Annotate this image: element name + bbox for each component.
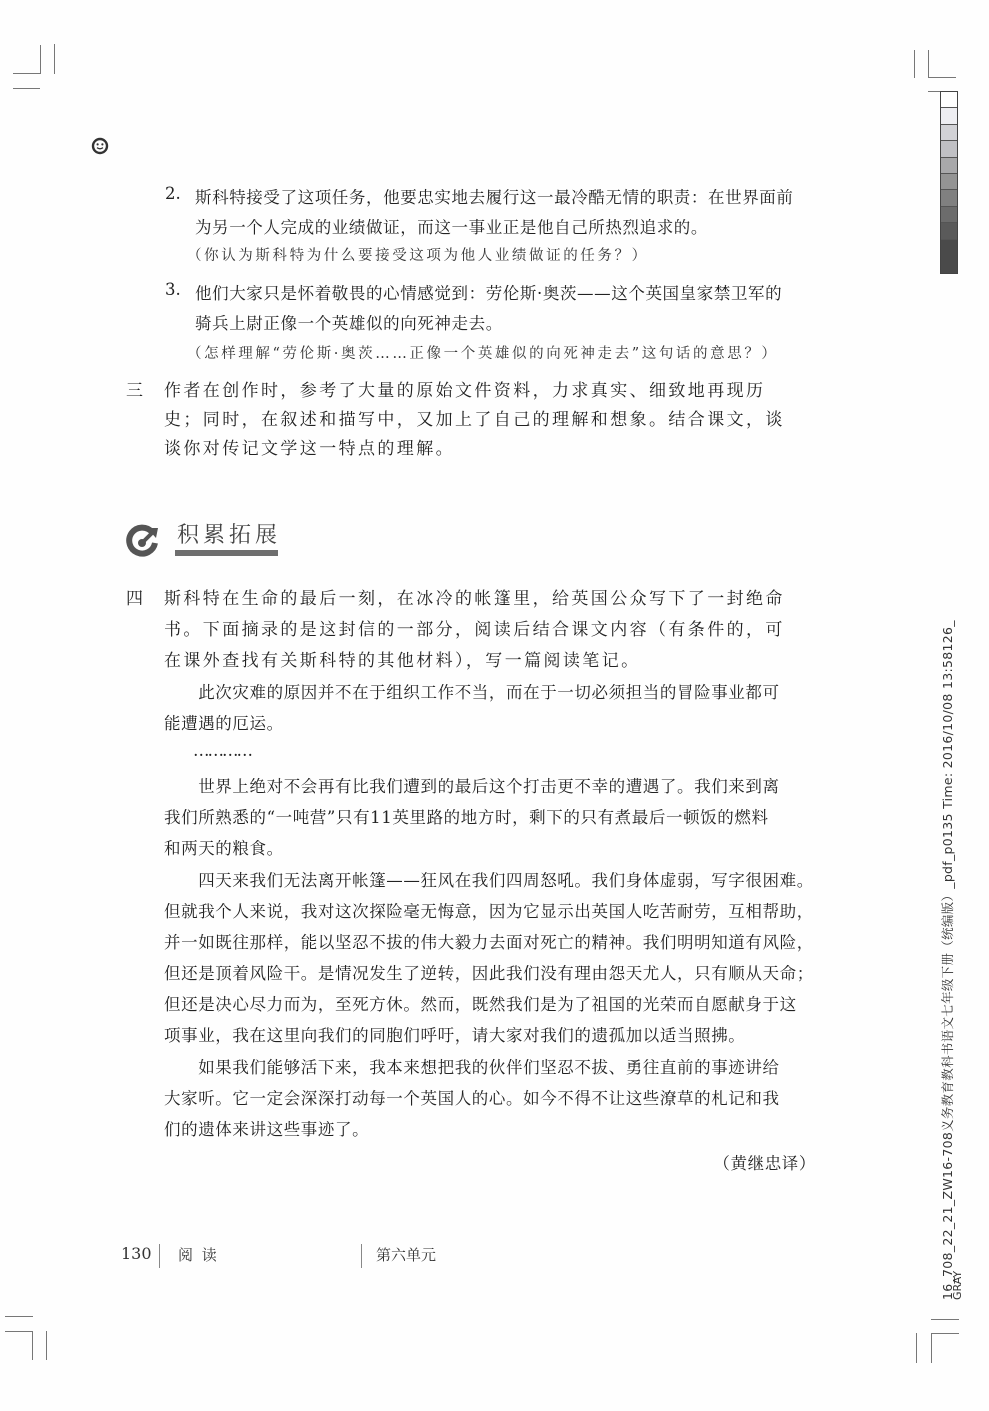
printer-slug: 16_708_22_21_ZW16-708义务教育教科书语文七年级下册（统编版）… (938, 620, 956, 1300)
gray-step (941, 240, 957, 273)
exercise-four: 四 斯科特在生命的最后一刻，在冰冷的帐篷里，给英国公众写下了一封绝命 书。下面摘… (124, 584, 824, 674)
section-header: 积累拓展 (125, 515, 285, 560)
crop-mark (13, 88, 40, 89)
question-number: 3. (165, 280, 181, 299)
gray-step (941, 141, 957, 157)
letter-line: 并一如既往那样，能以坚忍不拔的伟大毅力去面对死亡的精神。我们明明知道有风险， (164, 929, 814, 953)
letter-line: 和两天的粮食。 (164, 835, 284, 859)
crop-mark (32, 1331, 33, 1360)
exercise-line: 作者在创作时，参考了大量的原始文件资料，力求真实、细致地再现历 (164, 376, 765, 401)
gray-scale-strip (940, 91, 958, 274)
letter-line: 如果我们能够活下来，我本来想把我的伙伴们坚忍不拔、勇往直前的事迹讲给 (164, 1054, 780, 1078)
letter-line: 此次灾难的原因并不在于组织工作不当，而在于一切必须担当的冒险事业都可 (164, 679, 780, 703)
letter-line: 四天来我们无法离开帐篷——狂风在我们四周怒吼。我们身体虚弱，写字很困难。 (164, 867, 814, 891)
exercise-line: 在课外查找有关斯科特的其他材料），写一篇阅读笔记。 (164, 646, 641, 671)
question-line: 骑兵上尉正像一个英雄似的向死神走去。 (195, 310, 503, 334)
exercise-line: 谈你对传记文学这一特点的理解。 (164, 434, 455, 459)
letter-line: 世界上绝对不会再有比我们遭到的最后这个打击更不幸的遭遇了。我们来到离 (164, 773, 780, 797)
section-title: 积累拓展 (177, 518, 281, 549)
refresh-arrow-icon (125, 523, 161, 563)
crop-mark (46, 1331, 47, 1360)
question-note: （你认为斯科特为什么要接受这项为他人业绩做证的任务？） (187, 244, 649, 265)
exercise-line: 书。下面摘录的是这封信的一部分，阅读后结合课文内容（有条件的，可 (164, 615, 785, 640)
question-3: 3. 他们大家只是怀着敬畏的心情感觉到：劳伦斯·奥茨——这个英国皇家禁卫军的 骑… (163, 280, 813, 370)
printer-slug-gray: GRAY (951, 1271, 964, 1300)
letter-line: 但就我个人来说，我对这次探险毫无悔意，因为它显示出英国人吃苦耐劳，互相帮助， (164, 898, 814, 922)
crop-mark (914, 50, 915, 78)
crop-mark (916, 1333, 917, 1363)
crop-mark (5, 1331, 33, 1332)
exercise-marker: 四 (126, 584, 145, 609)
footer-separator (361, 1244, 362, 1268)
letter-line: 项事业，我在这里向我们的同胞们呼吁，请大家对我们的遗孤加以适当照拂。 (164, 1022, 745, 1046)
letter-line: 但还是顶着风险干。是情况发生了逆转，因此我们没有理由怨天尤人，只有顺从天命； (164, 960, 814, 984)
footer-unit: 第六单元 (376, 1244, 436, 1265)
gray-step (941, 223, 957, 239)
crop-mark (931, 1319, 959, 1320)
letter-ellipsis: ………… (164, 737, 251, 761)
crop-mark (928, 77, 956, 78)
gray-step (941, 207, 957, 223)
question-number: 2. (165, 184, 181, 203)
gray-step (941, 158, 957, 174)
crop-mark (13, 73, 40, 74)
crop-mark (54, 44, 55, 74)
crop-mark (931, 1333, 959, 1334)
question-line: 为另一个人完成的业绩做证，而这一事业正是他自己所热烈追求的。 (195, 214, 708, 238)
exercise-three: 三 作者在创作时，参考了大量的原始文件资料，力求真实、细致地再现历 史；同时，在… (124, 376, 824, 466)
gray-step (941, 174, 957, 190)
section-title-underline (175, 550, 278, 556)
gray-step (941, 125, 957, 141)
question-line: 斯科特接受了这项任务，他要忠实地去履行这一最冷酷无情的职责：在世界面前 (195, 184, 794, 208)
exercise-marker: 三 (126, 376, 145, 401)
letter-line: 能遭遇的厄运。 (164, 710, 284, 734)
question-note: （怎样理解“劳伦斯·奥茨……正像一个英雄似的向死神走去”这句话的意思？） (187, 342, 779, 363)
crop-mark (5, 1316, 33, 1317)
translator-credit: （黄继忠译） (713, 1150, 816, 1174)
page-number: 130 (121, 1244, 152, 1263)
question-2: 2. 斯科特接受了这项任务，他要忠实地去履行这一最冷酷无情的职责：在世界面前 为… (163, 184, 813, 274)
gray-step (941, 108, 957, 124)
smiley-face-icon (91, 137, 109, 159)
letter-excerpt: 此次灾难的原因并不在于组织工作不当，而在于一切必须担当的冒险事业都可 能遭遇的厄… (164, 679, 824, 1179)
gray-step (941, 92, 957, 108)
letter-line: 但还是决心尽力而为，至死方休。然而，既然我们是为了祖国的光荣而自愿献身于这 (164, 991, 797, 1015)
crop-mark (928, 91, 940, 92)
crop-mark (931, 1333, 932, 1363)
letter-line: 们的遗体来讲这些事迹了。 (164, 1116, 369, 1140)
letter-line: 大家听。它一定会深深打动每一个英国人的心。如今不得不让这些潦草的札记和我 (164, 1085, 780, 1109)
exercise-line: 史；同时，在叙述和描写中，又加上了自己的理解和想象。结合课文，谈 (164, 405, 785, 430)
gray-step (941, 190, 957, 206)
crop-mark (40, 45, 41, 74)
letter-line: 我们所熟悉的“一吨营”只有11英里路的地方时，剩下的只有煮最后一顿饭的燃料 (164, 804, 769, 828)
crop-mark (928, 50, 929, 78)
footer-separator (159, 1244, 160, 1268)
question-line: 他们大家只是怀着敬畏的心情感觉到：劳伦斯·奥茨——这个英国皇家禁卫军的 (195, 280, 782, 304)
exercise-line: 斯科特在生命的最后一刻，在冰冷的帐篷里，给英国公众写下了一封绝命 (164, 584, 785, 609)
footer-section: 阅 读 (178, 1244, 219, 1265)
